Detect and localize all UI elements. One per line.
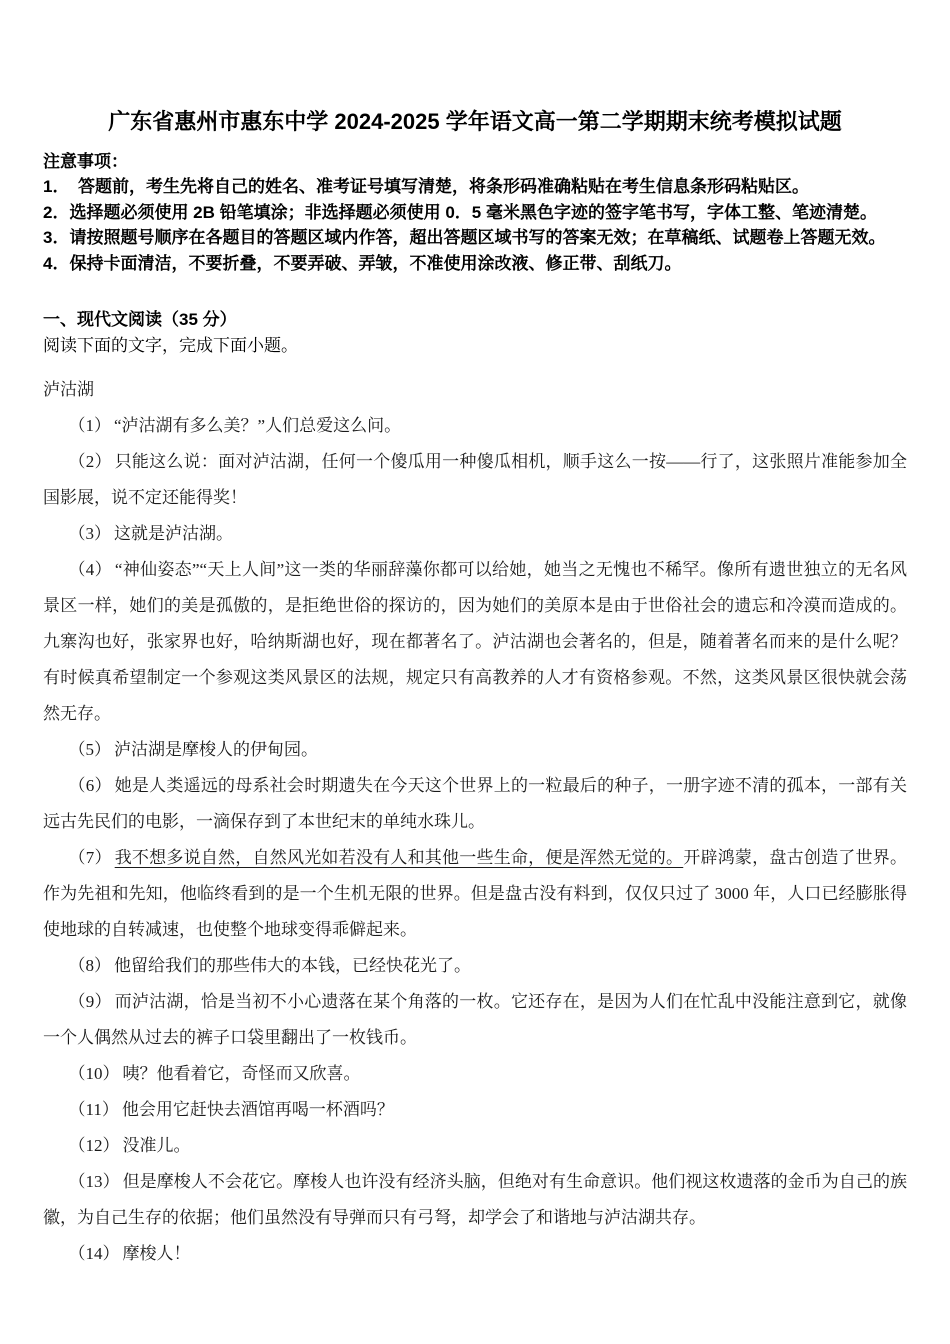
notice-section: 注意事项： 1． 答题前，考生先将自己的姓名、准考证号填写清楚，将条形码准确粘贴… (43, 149, 907, 277)
passage-paragraph-11: （11）他会用它赶快去酒馆再喝一杯酒吗？ (43, 1092, 907, 1128)
passage-paragraph-5: （5）泸沽湖是摩梭人的伊甸园。 (43, 732, 907, 768)
passage-paragraph-9: （9）而泸沽湖，恰是当初不小心遗落在某个角落的一枚。它还存在，是因为人们在忙乱中… (43, 984, 907, 1056)
paragraph-text: 泸沽湖是摩梭人的伊甸园。 (114, 740, 318, 759)
paragraph-text: 他留给我们的那些伟大的本钱，已经快花光了。 (114, 956, 471, 975)
section-one-heading: 一、现代文阅读（35 分） (43, 307, 907, 333)
paragraph-number: （6） (69, 776, 115, 795)
reading-instruction: 阅读下面的文字，完成下面小题。 (43, 333, 907, 359)
paragraph-text: “泸沽湖有多么美？”人们总爱这么问。 (114, 416, 401, 435)
notice-item-2: 2．选择题必须使用 2B 铅笔填涂；非选择题必须使用 0．5 毫米黑色字迹的签字… (43, 200, 907, 226)
exam-document: 广东省惠州市惠东中学 2024-2025 学年语文高一第二学期期末统考模拟试题 … (0, 0, 950, 1344)
notice-item-3: 3．请按照题号顺序在各题目的答题区域内作答，超出答题区域书写的答案无效；在草稿纸… (43, 225, 907, 251)
paragraph-text: 摩梭人！ (123, 1244, 191, 1263)
paragraph-number: （10） (69, 1064, 123, 1083)
paragraph-text: 咦？他看着它，奇怪而又欣喜。 (123, 1064, 361, 1083)
passage-paragraph-6: （6）她是人类遥远的母系社会时期遗失在今天这个世界上的一粒最后的种子，一册字迹不… (43, 768, 907, 840)
underlined-sentence: 我不想多说自然，自然风光如若没有人和其他一些生命，便是浑然无觉的。 (115, 848, 684, 867)
document-title: 广东省惠州市惠东中学 2024-2025 学年语文高一第二学期期末统考模拟试题 (43, 108, 907, 136)
paragraph-number: （4） (69, 560, 115, 579)
paragraph-number: （7） (69, 848, 115, 867)
paragraph-text: 但是摩梭人不会花它。摩梭人也许没有经济头脑，但绝对有生命意识。他们视这枚遗落的金… (43, 1172, 907, 1227)
paragraph-text: 只能这么说：面对泸沽湖，任何一个傻瓜用一种傻瓜相机，顺手这么一按——行了，这张照… (43, 452, 907, 507)
passage-paragraph-3: （3）这就是泸沽湖。 (43, 516, 907, 552)
notice-item-1: 1． 答题前，考生先将自己的姓名、准考证号填写清楚，将条形码准确粘贴在考生信息条… (43, 174, 907, 200)
passage-paragraph-2: （2）只能这么说：面对泸沽湖，任何一个傻瓜用一种傻瓜相机，顺手这么一按——行了，… (43, 444, 907, 516)
passage-paragraph-13: （13）但是摩梭人不会花它。摩梭人也许没有经济头脑，但绝对有生命意识。他们视这枚… (43, 1164, 907, 1236)
paragraph-text: 而泸沽湖，恰是当初不小心遗落在某个角落的一枚。它还存在，是因为人们在忙乱中没能注… (43, 992, 907, 1047)
passage-paragraph-14: （14）摩梭人！ (43, 1236, 907, 1272)
notice-item-4: 4．保持卡面清洁，不要折叠，不要弄破、弄皱，不准使用涂改液、修正带、刮纸刀。 (43, 251, 907, 277)
paragraph-text: 这就是泸沽湖。 (114, 524, 233, 543)
paragraph-number: （1） (69, 416, 115, 435)
paragraph-text: 他会用它赶快去酒馆再喝一杯酒吗？ (122, 1100, 394, 1119)
paragraph-number: （12） (69, 1136, 123, 1155)
paragraph-number: （3） (69, 524, 115, 543)
passage-paragraph-10: （10）咦？他看着它，奇怪而又欣喜。 (43, 1056, 907, 1092)
passage-paragraph-4: （4）“神仙姿态”“天上人间”这一类的华丽辞藻你都可以给她，她当之无愧也不稀罕。… (43, 552, 907, 732)
passage-title: 泸沽湖 (43, 372, 907, 408)
passage: 泸沽湖 （1）“泸沽湖有多么美？”人们总爱这么问。 （2）只能这么说：面对泸沽湖… (43, 372, 907, 1272)
passage-paragraph-8: （8）他留给我们的那些伟大的本钱，已经快花光了。 (43, 948, 907, 984)
paragraph-text: 没准儿。 (123, 1136, 191, 1155)
passage-paragraph-1: （1）“泸沽湖有多么美？”人们总爱这么问。 (43, 408, 907, 444)
paragraph-text: 她是人类遥远的母系社会时期遗失在今天这个世界上的一粒最后的种子，一册字迹不清的孤… (43, 776, 907, 831)
notice-heading: 注意事项： (43, 149, 907, 175)
paragraph-number: （8） (69, 956, 115, 975)
paragraph-text: “神仙姿态”“天上人间”这一类的华丽辞藻你都可以给她，她当之无愧也不稀罕。像所有… (43, 560, 907, 723)
paragraph-number: （14） (69, 1244, 123, 1263)
passage-paragraph-7: （7）我不想多说自然，自然风光如若没有人和其他一些生命，便是浑然无觉的。开辟鸿蒙… (43, 840, 907, 948)
paragraph-number: （5） (69, 740, 115, 759)
paragraph-number: （13） (69, 1172, 123, 1191)
paragraph-number: （11） (69, 1100, 122, 1119)
paragraph-number: （9） (69, 992, 115, 1011)
passage-paragraph-12: （12）没准儿。 (43, 1128, 907, 1164)
paragraph-number: （2） (69, 452, 115, 471)
